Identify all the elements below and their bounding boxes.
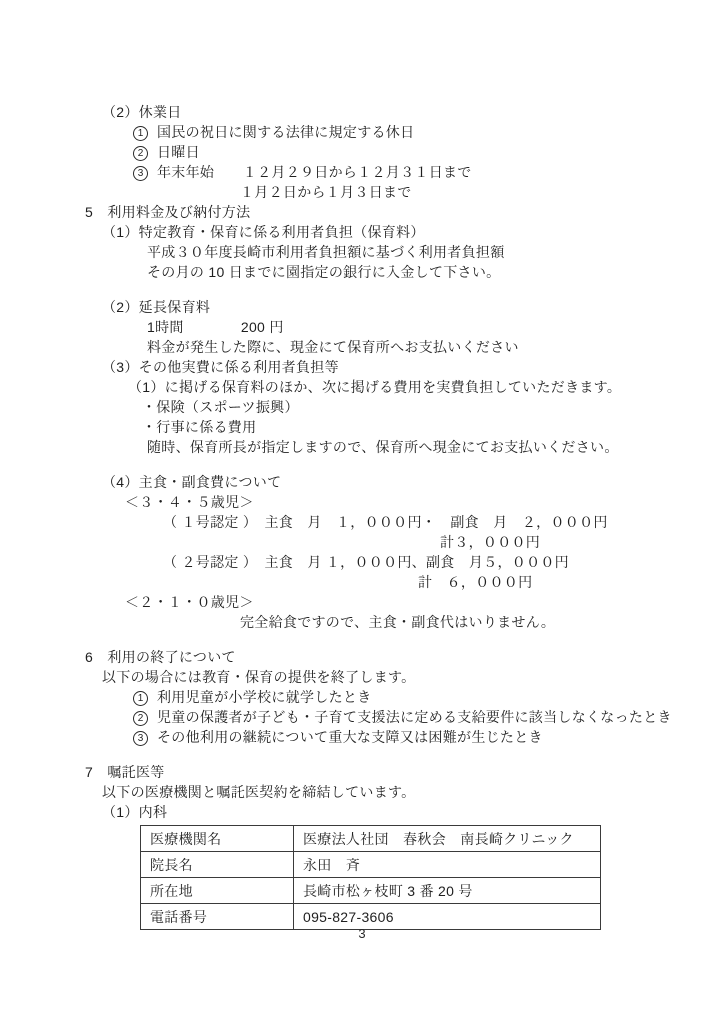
line-text: 児童の保護者が子ども・子育て支援法に定める支給要件に該当しなくなったとき xyxy=(157,709,672,725)
line-text: ＜２・１・０歳児＞ xyxy=(125,594,254,610)
row-label: 院長名 xyxy=(141,852,294,878)
document-line: （ １号認定 ） 主食 月 １，０００円・ 副食 月 ２，０００円 xyxy=(163,512,694,532)
line-text: （2）延長保育料 xyxy=(102,299,210,315)
line-text: 6 利用の終了について xyxy=(85,649,236,665)
line-text: 料金が発生した際に、現金にて保育所へお支払いください xyxy=(147,339,519,355)
line-text: １月２日から１月３日まで xyxy=(240,184,412,200)
line-text: （1）内科 xyxy=(102,804,167,820)
document-line: 2日曜日 xyxy=(133,142,694,162)
document-line: 以下の場合には教育・保育の提供を終了します。 xyxy=(102,667,694,687)
line-text: （4）主食・副食費について xyxy=(102,474,281,490)
document-line: 2児童の保護者が子ども・子育て支援法に定める支給要件に該当しなくなったとき xyxy=(133,707,694,727)
document-body: （2）休業日1国民の祝日に関する法律に規定する休日2日曜日3年末年始 １２月２９… xyxy=(85,102,694,930)
table-row: 院長名 永田 斉 xyxy=(141,852,601,878)
line-text: 計３，０００円 xyxy=(440,534,540,550)
document-line: 料金が発生した際に、現金にて保育所へお支払いください xyxy=(147,337,694,357)
row-value: 医療法人社団 春秋会 南長崎クリニック xyxy=(294,826,601,852)
row-label: 所在地 xyxy=(141,878,294,904)
line-text: 利用児童が小学校に就学したとき xyxy=(157,689,372,705)
document-line: （3）その他実費に係る利用者負担等 xyxy=(102,357,694,377)
document-line: （4）主食・副食費について xyxy=(102,472,694,492)
circled-number-icon: 1 xyxy=(133,691,148,706)
document-page: （2）休業日1国民の祝日に関する法律に規定する休日2日曜日3年末年始 １２月２９… xyxy=(0,0,724,1024)
line-text: （3）その他実費に係る利用者負担等 xyxy=(102,359,339,375)
document-line: 7 嘱託医等 xyxy=(85,762,694,782)
document-line: （ ２号認定 ） 主食 月 １，０００円、副食 月５，０００円 xyxy=(163,552,694,572)
document-line: 計 ６，０００円 xyxy=(418,572,694,592)
line-text: 1時間 200 円 xyxy=(147,319,284,335)
document-line: 以下の医療機関と嘱託医契約を締結しています。 xyxy=(102,782,694,802)
document-line: （1）内科 xyxy=(102,802,694,822)
circled-number-icon: 2 xyxy=(133,146,148,161)
document-line: 平成３０年度長崎市利用者負担額に基づく利用者負担額 xyxy=(147,242,694,262)
document-line: ・保険（スポーツ振興） xyxy=(142,397,694,417)
line-text: 以下の医療機関と嘱託医契約を締結しています。 xyxy=(102,784,415,800)
circled-number-icon: 3 xyxy=(133,166,148,181)
document-line: 1利用児童が小学校に就学したとき xyxy=(133,687,694,707)
line-text: 平成３０年度長崎市利用者負担額に基づく利用者負担額 xyxy=(147,244,505,260)
line-text: （1）特定教育・保育に係る利用者負担（保育料） xyxy=(102,224,425,240)
document-line xyxy=(85,632,694,647)
document-line: 計３，０００円 xyxy=(440,532,694,552)
document-line: 3年末年始 １２月２９日から１２月３１日まで xyxy=(133,162,694,182)
line-text: 年末年始 １２月２９日から１２月３１日まで xyxy=(157,164,472,180)
document-line: 随時、保育所長が指定しますので、保育所へ現金にてお支払いください。 xyxy=(147,437,694,457)
document-line xyxy=(85,282,694,297)
page-number: 3 xyxy=(0,926,724,941)
line-text: （2）休業日 xyxy=(102,104,182,120)
table-row: 医療機関名 医療法人社団 春秋会 南長崎クリニック xyxy=(141,826,601,852)
document-line xyxy=(85,747,694,762)
table-row: 所在地 長崎市松ヶ枝町 3 番 20 号 xyxy=(141,878,601,904)
document-line: （2）休業日 xyxy=(102,102,694,122)
document-line: 5 利用料金及び納付方法 xyxy=(85,202,694,222)
line-text: 計 ６，０００円 xyxy=(418,574,532,590)
row-value: 永田 斉 xyxy=(294,852,601,878)
line-text: 国民の祝日に関する法律に規定する休日 xyxy=(157,124,414,140)
row-value: 長崎市松ヶ枝町 3 番 20 号 xyxy=(294,878,601,904)
line-text: 以下の場合には教育・保育の提供を終了します。 xyxy=(102,669,415,685)
document-line: 完全給食ですので、主食・副食代はいりません。 xyxy=(240,612,694,632)
row-label: 医療機関名 xyxy=(141,826,294,852)
clinic-table: 医療機関名 医療法人社団 春秋会 南長崎クリニック 院長名 永田 斉 所在地 長… xyxy=(140,825,601,930)
line-text: 5 利用料金及び納付方法 xyxy=(85,204,250,220)
line-text: 随時、保育所長が指定しますので、保育所へ現金にてお支払いください。 xyxy=(147,439,619,455)
clinic-table-body: 医療機関名 医療法人社団 春秋会 南長崎クリニック 院長名 永田 斉 所在地 長… xyxy=(141,826,601,930)
document-line: 1時間 200 円 xyxy=(147,317,694,337)
line-text: ・行事に係る費用 xyxy=(142,419,256,435)
circled-number-icon: 3 xyxy=(133,731,148,746)
document-line: その月の 10 日までに園指定の銀行に入金して下さい。 xyxy=(147,262,694,282)
document-line: ＜３・４・５歳児＞ xyxy=(125,492,694,512)
document-line: 6 利用の終了について xyxy=(85,647,694,667)
line-text: ＜３・４・５歳児＞ xyxy=(125,494,254,510)
document-line: 1国民の祝日に関する法律に規定する休日 xyxy=(133,122,694,142)
document-line: （1）特定教育・保育に係る利用者負担（保育料） xyxy=(102,222,694,242)
document-line: １月２日から１月３日まで xyxy=(240,182,694,202)
document-line xyxy=(85,457,694,472)
line-text: その他利用の継続について重大な支障又は困難が生じたとき xyxy=(157,729,543,745)
line-text: その月の 10 日までに園指定の銀行に入金して下さい。 xyxy=(147,264,500,280)
document-line: （1）に掲げる保育料のほか、次に掲げる費用を実費負担していただきます。 xyxy=(128,377,694,397)
circled-number-icon: 2 xyxy=(133,711,148,726)
document-line: ・行事に係る費用 xyxy=(142,417,694,437)
line-text: 7 嘱託医等 xyxy=(85,764,165,780)
line-text: （1）に掲げる保育料のほか、次に掲げる費用を実費負担していただきます。 xyxy=(128,379,621,395)
line-text: 日曜日 xyxy=(157,144,200,160)
circled-number-icon: 1 xyxy=(133,126,148,141)
line-text: ・保険（スポーツ振興） xyxy=(142,399,299,415)
document-line: （2）延長保育料 xyxy=(102,297,694,317)
line-text: （ ２号認定 ） 主食 月 １，０００円、副食 月５，０００円 xyxy=(163,554,569,570)
line-text: （ １号認定 ） 主食 月 １，０００円・ 副食 月 ２，０００円 xyxy=(163,514,608,530)
document-line: 3その他利用の継続について重大な支障又は困難が生じたとき xyxy=(133,727,694,747)
line-text: 完全給食ですので、主食・副食代はいりません。 xyxy=(240,614,555,630)
document-line: ＜２・１・０歳児＞ xyxy=(125,592,694,612)
